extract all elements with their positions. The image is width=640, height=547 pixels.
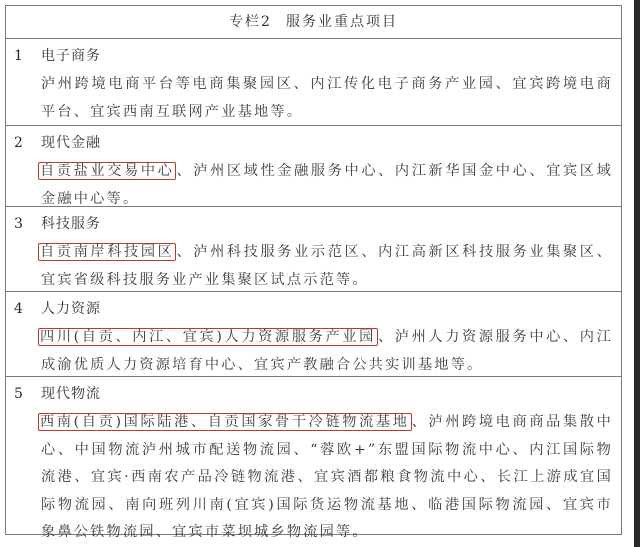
row-index: 5 xyxy=(14,384,23,404)
table-header: 专栏2服务业重点项目 xyxy=(6,6,621,39)
table-title: 服务业重点项目 xyxy=(286,14,398,30)
row-body: 自贡南岸科技园区、泸州科技服务业示范区、内江高新区科技服务业集聚区、宜宾省级科技… xyxy=(41,239,613,294)
table-row-finance: 2 现代金融 自贡盐业交易中心、泸州区域性金融服务中心、内江新华国金中心、宜宾区… xyxy=(6,126,621,207)
table-row-ecommerce: 1 电子商务 泸州跨境电商平台等电商集聚园区、内江传化电子商务产业园、宜宾跨境电… xyxy=(6,39,621,126)
highlighted-project: 西南(自贡)国际陆港、自贡国家骨干冷链物流基地 xyxy=(38,413,412,431)
row-index: 2 xyxy=(14,133,23,153)
row-index: 1 xyxy=(14,46,23,66)
row-body: 四川(自贡、内江、宜宾)人力资源服务产业园、泸州人力资源服务中心、内江成渝优质人… xyxy=(41,324,613,379)
row-body: 西南(自贡)国际陆港、自贡国家骨干冷链物流基地、泸州跨境电商商品集散中心、中国物… xyxy=(41,409,613,547)
column-label: 专栏2 xyxy=(229,14,272,30)
row-body-text: 泸州跨境电商平台等电商集聚园区、内江传化电子商务产业园、宜宾跨境电商平台、宜宾西… xyxy=(41,76,613,120)
key-projects-table: 专栏2服务业重点项目 1 电子商务 泸州跨境电商平台等电商集聚园区、内江传化电子… xyxy=(5,5,622,535)
row-index: 4 xyxy=(14,299,23,319)
table-row-human-resources: 4 人力资源 四川(自贡、内江、宜宾)人力资源服务产业园、泸州人力资源服务中心、… xyxy=(6,292,621,377)
row-title: 人力资源 xyxy=(41,299,101,319)
highlighted-project: 四川(自贡、内江、宜宾)人力资源服务产业园 xyxy=(38,328,378,346)
row-body: 泸州跨境电商平台等电商集聚园区、内江传化电子商务产业园、宜宾跨境电商平台、宜宾西… xyxy=(41,71,613,126)
table-row-logistics: 5 现代物流 西南(自贡)国际陆港、自贡国家骨干冷链物流基地、泸州跨境电商商品集… xyxy=(6,377,621,534)
highlighted-project: 自贡南岸科技园区 xyxy=(38,243,176,261)
row-body-text: 、泸州跨境电商商品集散中心、中国物流泸州城市配送物流园、“蓉欧+”东盟国际物流中… xyxy=(41,414,613,540)
table-row-tech-services: 3 科技服务 自贡南岸科技园区、泸州科技服务业示范区、内江高新区科技服务业集聚区… xyxy=(6,207,621,292)
row-index: 3 xyxy=(14,214,23,234)
row-title: 电子商务 xyxy=(41,46,101,66)
row-title: 现代金融 xyxy=(41,133,101,153)
row-body: 自贡盐业交易中心、泸州区域性金融服务中心、内江新华国金中心、宜宾区域金融中心等。 xyxy=(41,158,613,213)
right-edge-strip xyxy=(634,0,640,547)
highlighted-project: 自贡盐业交易中心 xyxy=(38,162,176,180)
row-title: 科技服务 xyxy=(41,214,101,234)
row-title: 现代物流 xyxy=(41,384,101,404)
